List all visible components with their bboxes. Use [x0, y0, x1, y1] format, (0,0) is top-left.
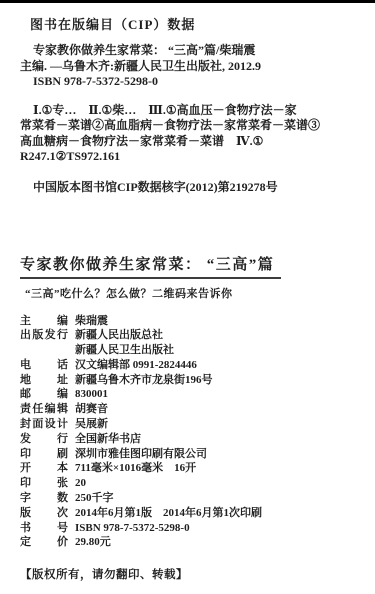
field-label: 主编 [20, 314, 68, 329]
field-label: 开本 [20, 461, 68, 476]
field-value-line: 711毫米×1016毫米 16开 [75, 461, 196, 476]
field-value: 29.80元 [75, 535, 111, 550]
field-value: 汉文编辑部 0991-2824446 [75, 358, 197, 373]
field-label: 责任编辑 [20, 402, 68, 417]
publication-row: 定价29.80元 [20, 535, 365, 550]
field-value: 2014年6月第1版 2014年6月第1次印刷 [75, 506, 262, 521]
book-subtitle: “三高”吃什么？怎么做？二维码来告诉你 [25, 285, 375, 301]
field-value-line: 全国新华书店 [75, 432, 141, 447]
cip-registry-line: 中国版本图书馆CIP数据核字(2012)第219278号 [33, 178, 375, 195]
publication-row: 地址新疆乌鲁木齐市龙泉街196号 [20, 373, 365, 388]
field-value-line: 汉文编辑部 0991-2824446 [75, 358, 197, 373]
publication-table: 主编柴瑞震出版发行新疆人民出版总社新疆人民卫生出版社电话汉文编辑部 0991-2… [20, 314, 365, 551]
copyright-notice: 【版权所有，请勿翻印、转载】 [20, 566, 375, 582]
field-value: 深圳市雅佳图印刷有限公司 [75, 447, 207, 462]
field-value-line: 830001 [75, 387, 108, 402]
title-block: 专家教你做养生家常菜： “三高”篇 “三高”吃什么？怎么做？二维码来告诉你 [20, 253, 375, 301]
publication-row: 主编柴瑞震 [20, 314, 365, 329]
field-value: 吴展新 [75, 417, 108, 432]
field-value: 新疆乌鲁木齐市龙泉街196号 [75, 373, 213, 388]
field-value-line: 吴展新 [75, 417, 108, 432]
field-label: 地址 [20, 373, 68, 388]
publication-row: 书号ISBN 978-7-5372-5298-0 [20, 521, 365, 536]
field-value-line: 2014年6月第1版 2014年6月第1次印刷 [75, 506, 262, 521]
field-label: 字数 [20, 491, 68, 506]
field-value-line: 新疆人民卫生出版社 [75, 343, 174, 358]
field-value: 830001 [75, 387, 108, 402]
field-label: 定价 [20, 535, 68, 550]
field-value: 胡赛音 [75, 402, 108, 417]
publication-row: 责任编辑胡赛音 [20, 402, 365, 417]
field-label: 版次 [20, 506, 68, 521]
cip-classification-line: R247.1②TS972.161 [20, 149, 355, 165]
publication-row: 字数250千字 [20, 491, 365, 506]
field-value-line: 新疆乌鲁木齐市龙泉街196号 [75, 373, 213, 388]
field-label: 封面设计 [20, 417, 68, 432]
page-top-rule [0, 0, 375, 3]
field-label: 出版发行 [20, 328, 68, 343]
field-value: 250千字 [75, 491, 114, 506]
cip-classification-line: 常菜肴－菜谱②高血脂病－食物疗法－家常菜肴－菜谱③ [20, 118, 355, 134]
publication-row: 电话汉文编辑部 0991-2824446 [20, 358, 365, 373]
field-label: 邮编 [20, 387, 68, 402]
field-value: 柴瑞震 [75, 314, 108, 329]
title-underline [20, 277, 281, 279]
publication-row: 邮编830001 [20, 387, 365, 402]
cip-record-line: 专家教你做养生家常菜： “三高”篇/柴瑞震 [20, 43, 355, 59]
field-value-line: 胡赛音 [75, 402, 108, 417]
field-label: 书号 [20, 521, 68, 536]
field-value-line: 深圳市雅佳图印刷有限公司 [75, 447, 207, 462]
publication-row: 印张20 [20, 476, 365, 491]
cip-record-line: 主编. —乌鲁木齐:新疆人民卫生出版社, 2012.9 [20, 59, 355, 75]
copyright-page: 图书在版编目（CIP）数据 专家教你做养生家常菜： “三高”篇/柴瑞震 主编. … [0, 0, 375, 594]
publication-row: 印刷深圳市雅佳图印刷有限公司 [20, 447, 365, 462]
cip-header: 图书在版编目（CIP）数据 [30, 14, 375, 33]
field-value-line: 新疆人民出版总社 [75, 328, 174, 343]
field-value-line: ISBN 978-7-5372-5298-0 [75, 521, 190, 536]
field-value: 20 [75, 476, 86, 491]
publication-row: 发行全国新华书店 [20, 432, 365, 447]
field-value: ISBN 978-7-5372-5298-0 [75, 521, 190, 536]
field-value: 新疆人民出版总社新疆人民卫生出版社 [75, 328, 174, 358]
publication-row: 版次2014年6月第1版 2014年6月第1次印刷 [20, 506, 365, 521]
field-label: 印刷 [20, 447, 68, 462]
field-value-line: 250千字 [75, 491, 114, 506]
field-label: 发行 [20, 432, 68, 447]
publication-row: 封面设计吴展新 [20, 417, 365, 432]
book-title: 专家教你做养生家常菜： “三高”篇 [20, 253, 375, 274]
field-label: 电话 [20, 358, 68, 373]
field-value-line: 20 [75, 476, 86, 491]
publication-row: 出版发行新疆人民出版总社新疆人民卫生出版社 [20, 328, 365, 358]
cip-classification-line: 高血糖病－食物疗法－家常菜肴－菜谱 Ⅳ.① [20, 134, 355, 150]
cip-classification-line: Ⅰ.①专… Ⅱ.①柴… Ⅲ.①高血压－食物疗法－家 [20, 103, 355, 119]
field-label: 印张 [20, 476, 68, 491]
field-value-line: 29.80元 [75, 535, 111, 550]
cip-record-block: 专家教你做养生家常菜： “三高”篇/柴瑞震 主编. —乌鲁木齐:新疆人民卫生出版… [20, 43, 355, 90]
cip-record-line: ISBN 978-7-5372-5298-0 [20, 74, 355, 90]
publication-row: 开本711毫米×1016毫米 16开 [20, 461, 365, 476]
field-value: 全国新华书店 [75, 432, 141, 447]
cip-classification-block: Ⅰ.①专… Ⅱ.①柴… Ⅲ.①高血压－食物疗法－家 常菜肴－菜谱②高血脂病－食物… [20, 103, 355, 165]
field-value-line: 柴瑞震 [75, 314, 108, 329]
field-value: 711毫米×1016毫米 16开 [75, 461, 196, 476]
